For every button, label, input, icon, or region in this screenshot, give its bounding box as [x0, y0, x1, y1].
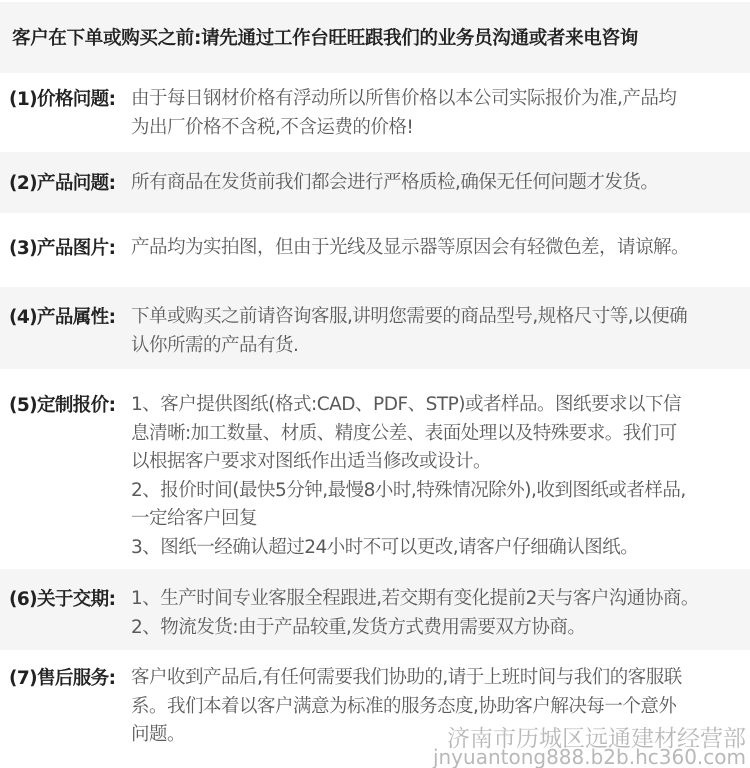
body-line: 下单或购买之前请咨询客服,讲明您需要的商品型号,规格尺寸等,以便确: [131, 303, 750, 332]
notice-header-text: 客户在下单或购买之前:请先通过工作台旺旺跟我们的业务员沟通或者来电咨询: [12, 28, 638, 49]
body-line: 由于每日钢材价格有浮动所以所售价格以本公司实际报价为准,产品均: [131, 85, 750, 114]
watermark-url: jnyuantong888.b2b.hc360.com: [433, 745, 746, 768]
body-line: 一定给客户回复: [131, 505, 750, 534]
section-delivery-time: (6)关于交期: 1、生产时间专业客服全程跟进,若交期有变化提前2天与客户沟通协…: [0, 569, 750, 650]
section-body: 1、客户提供图纸(格式:CAD、PDF、STP)或者样品。图纸要求以下信 息清晰…: [131, 391, 750, 562]
body-line: 所有商品在发货前我们都会进行严格质检,确保无任何问题才发货。: [131, 169, 750, 198]
body-line: 认你所需的产品有货.: [131, 332, 750, 361]
notice-header: 客户在下单或购买之前:请先通过工作台旺旺跟我们的业务员沟通或者来电咨询: [0, 2, 750, 73]
body-line: 2、物流发货:由于产品较重,发货方式费用需要双方协商。: [131, 614, 750, 643]
section-label: (3)产品图片:: [9, 234, 115, 260]
body-line: 以根据客户要求对图纸作出适当修改或设计。: [131, 448, 750, 477]
section-body: 1、生产时间专业客服全程跟进,若交期有变化提前2天与客户沟通协商。 2、物流发货…: [131, 585, 750, 642]
section-label: (1)价格问题:: [9, 85, 115, 111]
body-line: 系。我们本着以客户满意为标准的服务态度,协助客户解决每一个意外: [131, 693, 750, 722]
body-line: 为出厂价格不含税,不含运费的价格!: [131, 114, 750, 143]
body-line: 息清晰:加工数量、材质、精度公差、表面处理以及特殊要求。我们可: [131, 420, 750, 449]
section-label: (6)关于交期:: [9, 585, 115, 611]
section-body: 由于每日钢材价格有浮动所以所售价格以本公司实际报价为准,产品均 为出厂价格不含税…: [131, 85, 750, 142]
section-label: (5)定制报价:: [9, 391, 115, 417]
section-price: (1)价格问题: 由于每日钢材价格有浮动所以所售价格以本公司实际报价为准,产品均…: [0, 73, 750, 152]
section-product-images: (3)产品图片: 产品均为实拍图，但由于光线及显示器等原因会有轻微色差，请谅解。: [0, 213, 750, 287]
section-product-quality: (2)产品问题: 所有商品在发货前我们都会进行严格质检,确保无任何问题才发货。: [0, 152, 750, 213]
body-line: 3、图纸一经确认超过24小时不可以更改,请客户仔细确认图纸。: [131, 534, 750, 563]
section-product-attributes: (4)产品属性: 下单或购买之前请咨询客服,讲明您需要的商品型号,规格尺寸等,以…: [0, 287, 750, 369]
section-body: 产品均为实拍图，但由于光线及显示器等原因会有轻微色差，请谅解。: [131, 234, 750, 263]
section-body: 所有商品在发货前我们都会进行严格质检,确保无任何问题才发货。: [131, 169, 750, 198]
section-label: (7)售后服务:: [9, 664, 115, 690]
body-line: 产品均为实拍图，但由于光线及显示器等原因会有轻微色差，请谅解。: [131, 234, 750, 263]
body-line: 客户收到产品后,有任何需要我们协助的,请于上班时间与我们的客服联: [131, 664, 750, 693]
section-custom-quote: (5)定制报价: 1、客户提供图纸(格式:CAD、PDF、STP)或者样品。图纸…: [0, 369, 750, 569]
section-label: (2)产品问题:: [9, 169, 115, 195]
body-line: 1、客户提供图纸(格式:CAD、PDF、STP)或者样品。图纸要求以下信: [131, 391, 750, 420]
body-line: 2、报价时间(最快5分钟,最慢8小时,特殊情况除外),收到图纸或者样品,: [131, 477, 750, 506]
body-line: 1、生产时间专业客服全程跟进,若交期有变化提前2天与客户沟通协商。: [131, 585, 750, 614]
section-label: (4)产品属性:: [9, 303, 115, 329]
section-body: 下单或购买之前请咨询客服,讲明您需要的商品型号,规格尺寸等,以便确 认你所需的产…: [131, 303, 750, 360]
